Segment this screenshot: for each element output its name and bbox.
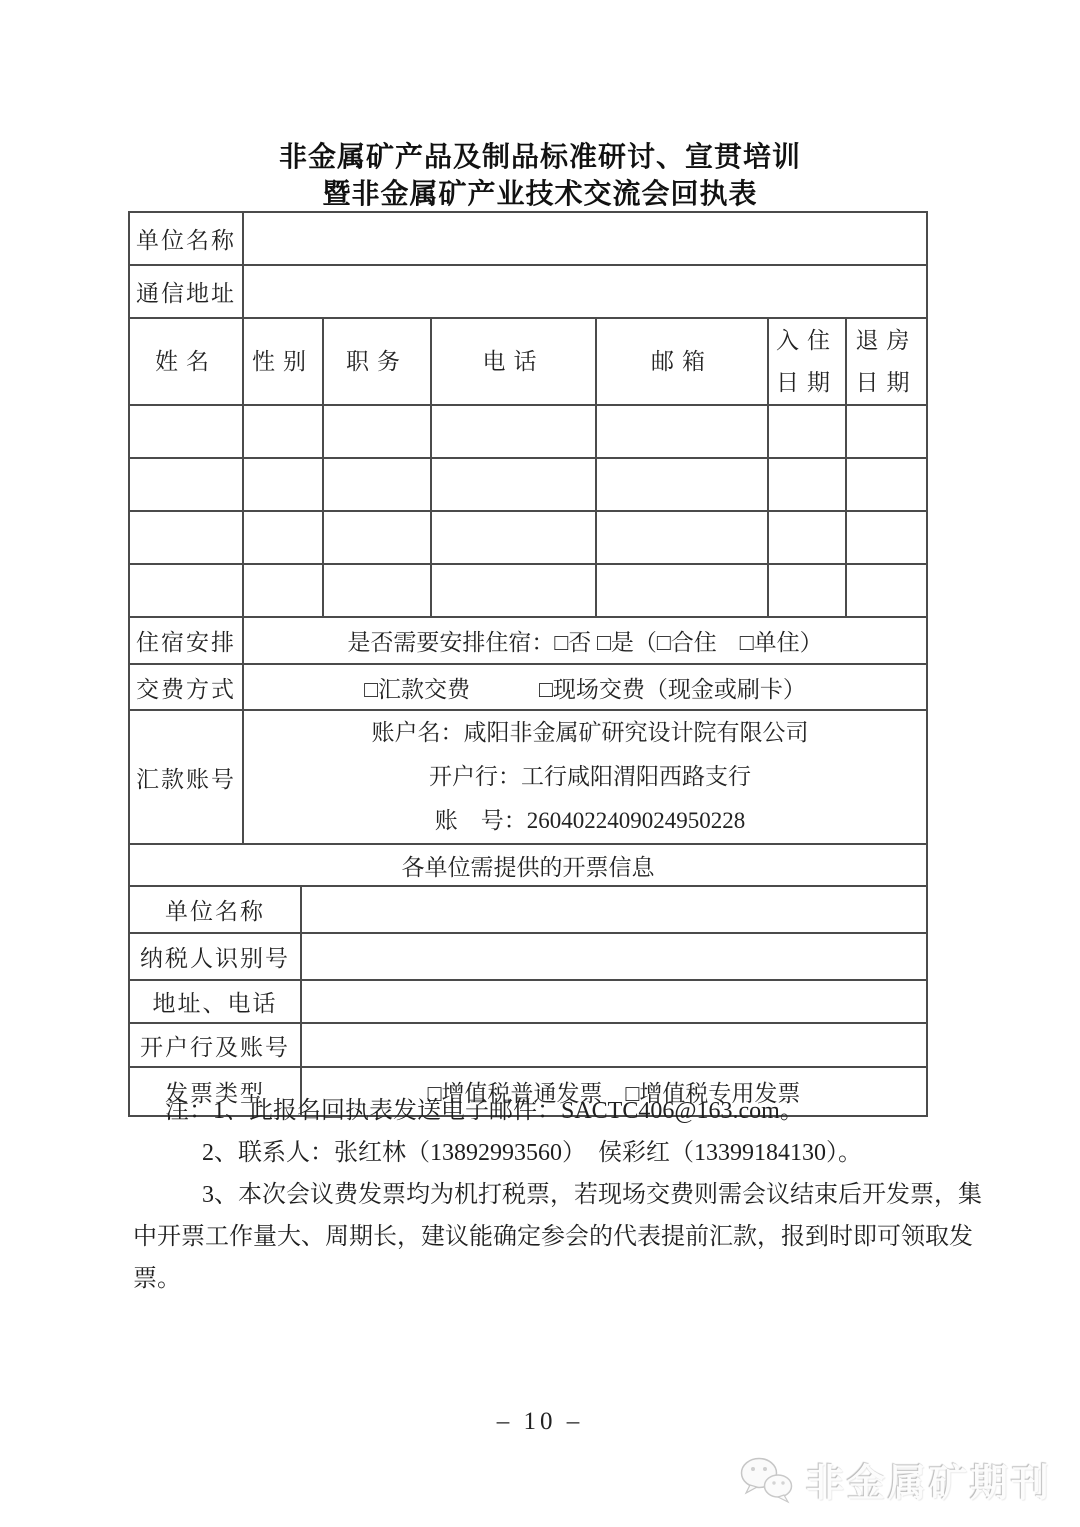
wechat-icon	[738, 1455, 796, 1505]
unit-name-value-cell	[243, 212, 927, 265]
attendee-cell	[323, 564, 431, 617]
remittance-label: 汇款账号	[129, 710, 243, 844]
invoice-unit-name-label: 单位名称	[129, 886, 301, 933]
invoice-bank-account-row: 开户行及账号	[129, 1023, 927, 1067]
page-title: 非金属矿产品及制品标准研讨、宣贯培训 暨非金属矿产业技术交流会回执表	[0, 138, 1080, 212]
journal-watermark-text: 非金属矿期刊	[806, 1452, 1052, 1507]
invoice-bank-account-value-cell	[301, 1023, 927, 1067]
attendee-header-email: 邮箱	[596, 318, 768, 405]
invoice-address-phone-label: 地址、电话	[129, 980, 301, 1023]
attendee-cell	[846, 405, 927, 458]
invoice-taxpayer-id-row: 纳税人识别号	[129, 933, 927, 980]
attendee-header-phone: 电话	[431, 318, 596, 405]
invoice-section-title: 各单位需提供的开票信息	[129, 844, 927, 886]
reply-form-table: 单位名称 通信地址 姓名 性别 职务 电话 邮箱 入住日期 退房日期	[128, 211, 928, 1117]
attendee-row	[129, 458, 927, 511]
payment-options: □汇款交费 □现场交费（现金或刷卡）	[243, 664, 927, 710]
page-title-line2: 暨非金属矿产业技术交流会回执表	[0, 175, 1080, 212]
attendee-header-checkin-date: 入住日期	[768, 318, 846, 405]
mailing-address-value-cell	[243, 265, 927, 318]
attendee-cell	[846, 564, 927, 617]
attendee-cell	[596, 511, 768, 564]
invoice-unit-name-value-cell	[301, 886, 927, 933]
attendee-cell	[431, 511, 596, 564]
page-title-line1: 非金属矿产品及制品标准研讨、宣贯培训	[0, 138, 1080, 175]
attendee-header-gender: 性别	[243, 318, 323, 405]
mailing-address-label: 通信地址	[129, 265, 243, 318]
attendee-header-checkout-date: 退房日期	[846, 318, 927, 405]
attendee-cell	[323, 458, 431, 511]
invoice-unit-name-row: 单位名称	[129, 886, 927, 933]
attendee-cell	[768, 511, 846, 564]
attendee-cell	[846, 511, 927, 564]
attendee-cell	[596, 458, 768, 511]
note-line-2: 2、联系人：张红林（13892993560） 侯彩红（13399184130）。	[202, 1132, 1080, 1174]
attendee-cell	[243, 564, 323, 617]
remittance-details-cell: 账户名：咸阳非金属矿研究设计院有限公司 开户行：工行咸阳渭阳西路支行 账 号：2…	[243, 710, 927, 844]
note-line-1: 注：1、此报名回执表发送电子邮件：SACTC406@163.com。	[165, 1090, 1080, 1132]
attendee-cell	[129, 564, 243, 617]
notes-block: 注：1、此报名回执表发送电子邮件：SACTC406@163.com。 2、联系人…	[0, 1090, 1080, 1300]
attendee-cell	[768, 405, 846, 458]
remittance-row: 汇款账号 账户名：咸阳非金属矿研究设计院有限公司 开户行：工行咸阳渭阳西路支行 …	[129, 710, 927, 844]
page-number: – 10 –	[0, 1408, 1080, 1436]
attendee-cell	[431, 564, 596, 617]
attendee-cell	[129, 458, 243, 511]
journal-watermark: 非金属矿期刊	[738, 1452, 1052, 1507]
attendee-cell	[323, 405, 431, 458]
remittance-bank: 开户行：工行咸阳渭阳西路支行	[254, 755, 926, 799]
attendee-cell	[243, 458, 323, 511]
attendee-header-row: 姓名 性别 职务 电话 邮箱 入住日期 退房日期	[129, 318, 927, 405]
document-page: 非金属矿产品及制品标准研讨、宣贯培训 暨非金属矿产业技术交流会回执表 单位名称 …	[0, 0, 1080, 1527]
invoice-bank-account-label: 开户行及账号	[129, 1023, 301, 1067]
invoice-section-header-row: 各单位需提供的开票信息	[129, 844, 927, 886]
attendee-cell	[129, 511, 243, 564]
note-line-3: 3、本次会议费发票均为机打税票，若现场交费则需会议结束后开发票，集	[202, 1174, 1080, 1216]
note-line-5: 票。	[133, 1258, 1080, 1300]
attendee-header-position: 职务	[323, 318, 431, 405]
remittance-account-number: 账 号：2604022409024950228	[254, 799, 926, 843]
attendee-cell	[596, 405, 768, 458]
payment-label: 交费方式	[129, 664, 243, 710]
attendee-cell	[431, 458, 596, 511]
mailing-address-row: 通信地址	[129, 265, 927, 318]
accommodation-options: 是否需要安排住宿：□否 □是（□合住 □单住）	[243, 617, 927, 664]
accommodation-row: 住宿安排 是否需要安排住宿：□否 □是（□合住 □单住）	[129, 617, 927, 664]
unit-name-row: 单位名称	[129, 212, 927, 265]
remittance-lines: 账户名：咸阳非金属矿研究设计院有限公司 开户行：工行咸阳渭阳西路支行 账 号：2…	[244, 711, 926, 843]
invoice-taxpayer-id-label: 纳税人识别号	[129, 933, 301, 980]
attendee-row	[129, 564, 927, 617]
attendee-cell	[596, 564, 768, 617]
note-line-4: 中开票工作量大、周期长，建议能确定参会的代表提前汇款，报到时即可领取发	[133, 1216, 1080, 1258]
attendee-row	[129, 405, 927, 458]
attendee-cell	[431, 405, 596, 458]
payment-row: 交费方式 □汇款交费 □现场交费（现金或刷卡）	[129, 664, 927, 710]
attendee-row	[129, 511, 927, 564]
attendee-header-name: 姓名	[129, 318, 243, 405]
attendee-cell	[846, 458, 927, 511]
unit-name-label: 单位名称	[129, 212, 243, 265]
attendee-cell	[129, 405, 243, 458]
invoice-taxpayer-id-value-cell	[301, 933, 927, 980]
accommodation-label: 住宿安排	[129, 617, 243, 664]
invoice-address-phone-value-cell	[301, 980, 927, 1023]
attendee-cell	[243, 511, 323, 564]
remittance-account-name: 账户名：咸阳非金属矿研究设计院有限公司	[254, 711, 926, 755]
attendee-cell	[243, 405, 323, 458]
attendee-cell	[768, 564, 846, 617]
attendee-cell	[323, 511, 431, 564]
attendee-cell	[768, 458, 846, 511]
invoice-address-phone-row: 地址、电话	[129, 980, 927, 1023]
